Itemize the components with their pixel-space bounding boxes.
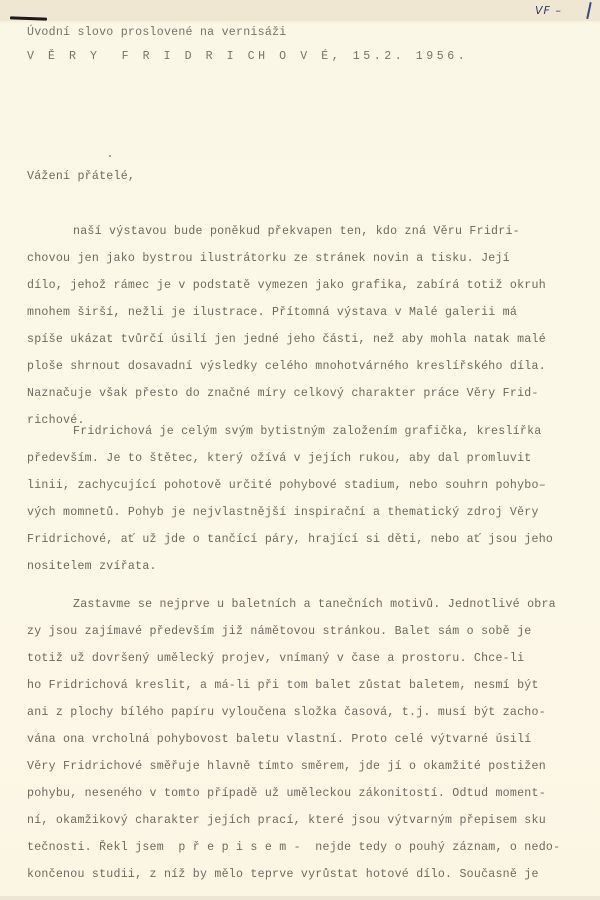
paragraph-line: končenou studii, z níž by mělo teprve vy… (27, 868, 539, 882)
paragraph-line: mnohem širší, nežli je ilustrace. Přítom… (27, 306, 517, 320)
heading-line-2: V Ě R Y F R I D R I CH O V É, 15.2. 1956… (27, 50, 468, 64)
paragraph-line: ploše shrnout dosavadní výsledky celého … (27, 360, 546, 374)
paragraph-line: ho Fridrichová kreslit, a má-li při tom … (27, 679, 539, 693)
paragraph-line: vána ona vrcholná pohybovost baletu vlas… (27, 733, 532, 747)
scan-bottom-edge (0, 896, 600, 900)
paragraph-line: dílo, jehož rámec je v podstatě vymezen … (27, 279, 546, 293)
paragraph-line: především. Je to štětec, který ožívá v j… (27, 452, 532, 466)
paragraph-line: Věry Fridrichové směřuje hlavně tímto sm… (27, 760, 546, 774)
paragraph-line: Naznačuje však přesto do značné míry cel… (27, 387, 539, 401)
paragraph-line: nositelem zvířata. (27, 560, 157, 574)
salutation: Vážení přátelé, (27, 170, 135, 184)
paragraph-line: totiž už dovršený umělecký projev, vníma… (27, 652, 524, 666)
paragraph-line: naší výstavou bude poněkud překvapen ten… (73, 225, 520, 239)
archive-reference: VF – (535, 4, 562, 17)
paragraph-line: pohybu, neseného v tomto případě už uměl… (27, 787, 546, 801)
scan-top-edge (0, 0, 600, 21)
paragraph-line: Fridrichové, ať už jde o tančící páry, h… (27, 533, 553, 547)
paragraph-line: chovou jen jako bystrou ilustrátorku ze … (27, 252, 510, 266)
scanned-page: VF – Úvodní slovo proslovené na vernisáž… (0, 0, 600, 900)
paragraph-line: zy jsou zajímavé především již námětovou… (27, 625, 532, 639)
paragraph-line: Fridrichová je celým svým bytistným zalo… (73, 425, 541, 439)
paragraph-line: vých momnetů. Pohyb je nejvlastnější ins… (27, 506, 539, 520)
paragraph-line: ani z plochy bílého papíru vyloučena slo… (27, 706, 546, 720)
heading-line-1: Úvodní slovo proslovené na vernisáži (27, 26, 286, 40)
paragraph-line: spíše ukázat tvůrčí úsilí jen jedné jeho… (27, 333, 546, 347)
paragraph-line: tečnosti. Řekl jsem p ř e p i s e m - ne… (27, 841, 560, 855)
paragraph-line: ní, okamžikový charakter jejích prací, k… (27, 814, 546, 828)
stray-dot (109, 155, 111, 157)
paragraph-line: linii, zachycující pohotově určité pohyb… (27, 479, 546, 493)
paragraph-line: Zastavme se nejprve u baletních a tanečn… (73, 598, 556, 612)
